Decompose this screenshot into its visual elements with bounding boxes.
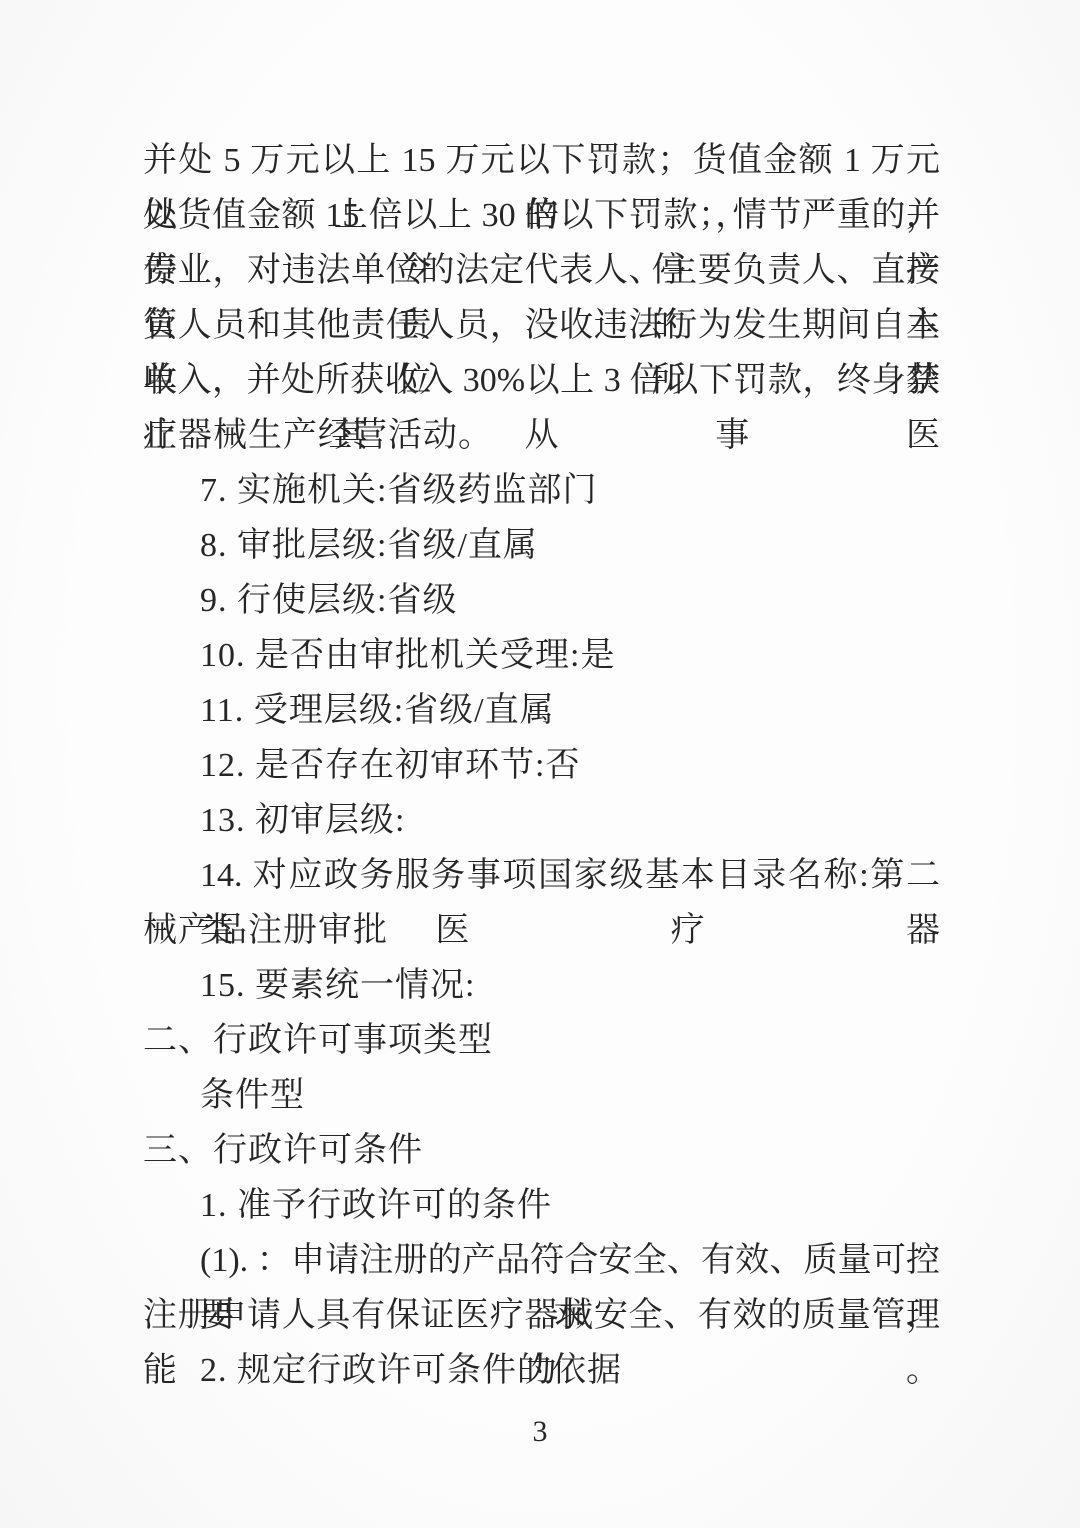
list-item-11-acceptance-level: 11. 受理层级:省级/直属 (143, 683, 940, 738)
document-page: 并处 5 万元以上 15 万元以下罚款；货值金额 1 万元以上的，并 处货值金额… (0, 0, 1080, 1528)
text-line: 管人员和其他责任人员，没收违法行为发生期间自本单位所获 (143, 298, 940, 353)
list-item-13-preliminary-review-level: 13. 初审层级: (143, 793, 940, 848)
list-item-12-preliminary-review-exists: 12. 是否存在初审环节:否 (143, 738, 940, 793)
list-item-1-conditions-for-granting: 1. 准予行政许可的条件 (143, 1178, 940, 1233)
text-line: 并处 5 万元以上 15 万元以下罚款；货值金额 1 万元以上的，并 (143, 133, 940, 188)
text-line: 注册申请人具有保证医疗器械安全、有效的质量管理能力。 (143, 1288, 940, 1343)
list-item-14-national-catalog-name: 14. 对应政务服务事项国家级基本目录名称:第二类医疗器 (143, 848, 940, 903)
document-body: 并处 5 万元以上 15 万元以下罚款；货值金额 1 万元以上的，并 处货值金额… (143, 133, 940, 1398)
page-number: 3 (0, 1412, 1080, 1452)
list-item-10-accepted-by-approval-agency: 10. 是否由审批机关受理:是 (143, 628, 940, 683)
text-line: 条件型 (143, 1068, 940, 1123)
list-item-7-implementing-agency: 7. 实施机关:省级药监部门 (143, 463, 940, 518)
text-line: 处货值金额 15 倍以上 30 倍以下罚款；情节严重的，责令停产 (143, 188, 940, 243)
section-heading-3-license-conditions: 三、行政许可条件 (143, 1123, 940, 1178)
text-line: 停业，对违法单位的法定代表人、主要负责人、直接负责的主 (143, 243, 940, 298)
text-line: (1). ：申请注册的产品符合安全、有效、质量可控要求， (143, 1233, 940, 1288)
section-heading-2-license-item-type: 二、行政许可事项类型 (143, 1013, 940, 1068)
list-item-9-exercise-level: 9. 行使层级:省级 (143, 573, 940, 628)
text-line: 收入，并处所获收入 30%以上 3 倍以下罚款，终身禁止其从事医 (143, 353, 940, 408)
list-item-8-approval-level: 8. 审批层级:省级/直属 (143, 518, 940, 573)
list-item-15-element-unification: 15. 要素统一情况: (143, 958, 940, 1013)
